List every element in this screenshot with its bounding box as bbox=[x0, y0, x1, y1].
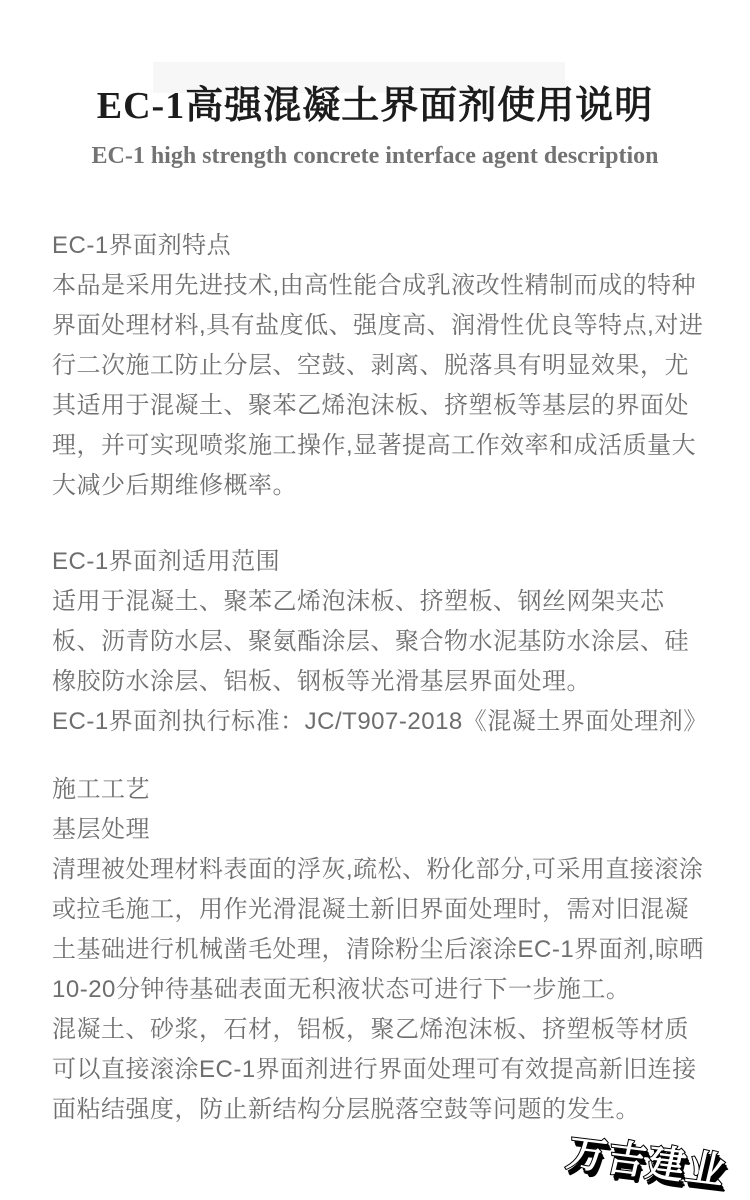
text-line: 界面处理材料,具有盐度低、强度高、润滑性优良等特点,对进 bbox=[52, 306, 712, 346]
text-line: 可以直接滚涂EC-1界面剂进行界面处理可有效提高新旧连接 bbox=[52, 1050, 712, 1090]
text-line: 施工工艺 bbox=[52, 770, 712, 810]
text-line: 适用于混凝土、聚苯乙烯泡沫板、挤塑板、钢丝网架夹芯 bbox=[52, 582, 712, 622]
text-line: EC-1界面剂特点 bbox=[52, 226, 712, 266]
section-scope: EC-1界面剂适用范围适用于混凝土、聚苯乙烯泡沫板、挤塑板、钢丝网架夹芯板、沥青… bbox=[52, 542, 712, 742]
text-line: 其适用于混凝土、聚苯乙烯泡沫板、挤塑板等基层的界面处 bbox=[52, 386, 712, 426]
page-title: EC-1高强混凝土界面剂使用说明 bbox=[0, 84, 750, 128]
text-line: 面粘结强度，防止新结构分层脱落空鼓等问题的发生。 bbox=[52, 1090, 712, 1130]
text-line: 大减少后期维修概率。 bbox=[52, 466, 712, 506]
document-page: EC-1高强混凝土界面剂使用说明 EC-1 high strength conc… bbox=[0, 0, 750, 1200]
text-line: 理，并可实现喷浆施工操作,显著提高工作效率和成活质量大 bbox=[52, 426, 712, 466]
text-line: 清理被处理材料表面的浮灰,疏松、粉化部分,可采用直接滚涂 bbox=[52, 850, 712, 890]
text-line: 10-20分钟待基础表面无积液状态可进行下一步施工。 bbox=[52, 970, 712, 1010]
document-body: EC-1界面剂特点本品是采用先进技术,由高性能合成乳液改性精制而成的特种界面处理… bbox=[52, 226, 712, 1130]
text-line: EC-1界面剂执行标准：JC/T907-2018《混凝土界面处理剂》 bbox=[52, 702, 712, 742]
brand-watermark: 万吉建业 bbox=[562, 1122, 733, 1195]
text-line: 橡胶防水涂层、铝板、钢板等光滑基层界面处理。 bbox=[52, 662, 712, 702]
text-line: 行二次施工防止分层、空鼓、剥离、脱落具有明显效果，尤 bbox=[52, 346, 712, 386]
text-line: 混凝土、砂浆，石材，铝板，聚乙烯泡沫板、挤塑板等材质 bbox=[52, 1010, 712, 1050]
text-line: 土基础进行机械凿毛处理，清除粉尘后滚涂EC-1界面剂,晾晒 bbox=[52, 930, 712, 970]
section-features: EC-1界面剂特点本品是采用先进技术,由高性能合成乳液改性精制而成的特种界面处理… bbox=[52, 226, 712, 506]
text-line: EC-1界面剂适用范围 bbox=[52, 542, 712, 582]
section-process: 施工工艺基层处理清理被处理材料表面的浮灰,疏松、粉化部分,可采用直接滚涂或拉毛施… bbox=[52, 770, 712, 1130]
text-line: 板、沥青防水层、聚氨酯涂层、聚合物水泥基防水涂层、硅 bbox=[52, 622, 712, 662]
text-line: 基层处理 bbox=[52, 810, 712, 850]
text-line: 本品是采用先进技术,由高性能合成乳液改性精制而成的特种 bbox=[52, 266, 712, 306]
text-line: 或拉毛施工，用作光滑混凝土新旧界面处理时，需对旧混凝 bbox=[52, 890, 712, 930]
page-subtitle: EC-1 high strength concrete interface ag… bbox=[0, 142, 750, 170]
